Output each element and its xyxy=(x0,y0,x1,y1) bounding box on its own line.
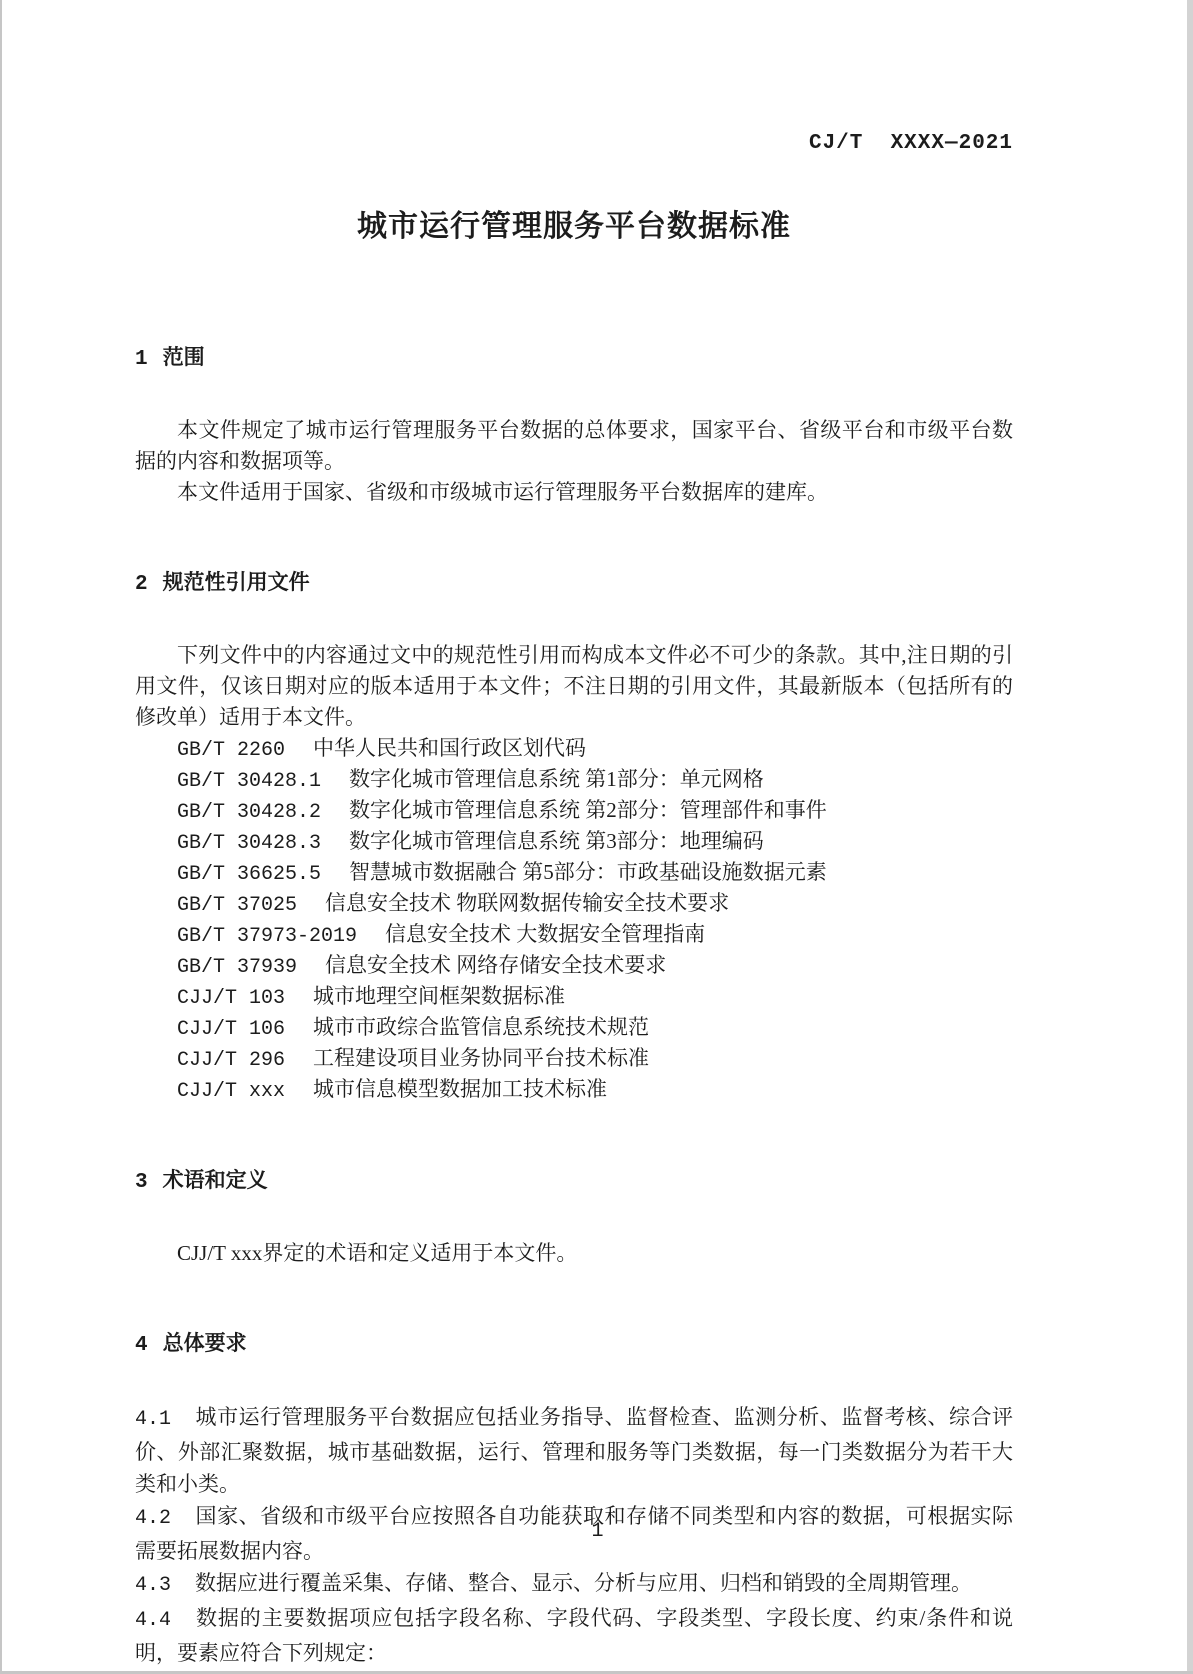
reference-name: 中华人民共和国行政区划代码 xyxy=(313,736,586,760)
section-number: 4 xyxy=(135,1334,148,1357)
reference-code: GB/T 36625.5 xyxy=(177,863,321,886)
reference-name: 城市地理空间框架数据标准 xyxy=(313,984,565,1008)
doc-number: CJ/T XXXX—2021 xyxy=(135,132,1013,155)
clause-number: 4.3 xyxy=(135,1574,171,1597)
reference-name: 工程建设项目业务协同平台技术标准 xyxy=(313,1046,649,1070)
reference-code: GB/T 37939 xyxy=(177,956,297,979)
reference-code: GB/T 30428.2 xyxy=(177,801,321,824)
section-number: 2 xyxy=(135,573,148,596)
section-label: 总体要求 xyxy=(163,1332,247,1355)
reference-code: GB/T 37973-2019 xyxy=(177,925,357,948)
clause-text: 数据应进行覆盖采集、存储、整合、显示、分析与应用、归档和销毁的全周期管理。 xyxy=(195,1571,972,1595)
reference-item: CJJ/T 103城市地理空间框架数据标准 xyxy=(135,982,1013,1013)
scope-paragraph-2: 本文件适用于国家、省级和市级城市运行管理服务平台数据库的建库。 xyxy=(135,477,1013,508)
reference-item: CJJ/T 296工程建设项目业务协同平台技术标准 xyxy=(135,1044,1013,1075)
reference-name: 数字化城市管理信息系统 第2部分：管理部件和事件 xyxy=(349,798,827,822)
reference-code: GB/T 30428.1 xyxy=(177,770,321,793)
section-number: 3 xyxy=(135,1171,148,1194)
reference-item: CJJ/T 106城市市政综合监管信息系统技术规范 xyxy=(135,1013,1013,1044)
reference-item: GB/T 37939信息安全技术 网络存储安全技术要求 xyxy=(135,951,1013,982)
reference-name: 数字化城市管理信息系统 第1部分：单元网格 xyxy=(349,767,764,791)
reference-code: GB/T 2260 xyxy=(177,739,285,762)
scope-paragraph-1: 本文件规定了城市运行管理服务平台数据的总体要求，国家平台、省级平台和市级平台数据… xyxy=(135,415,1013,477)
section-heading-general: 4总体要求 xyxy=(135,1327,1013,1357)
clause-4-4: 4.4数据的主要数据项应包括字段名称、字段代码、字段类型、字段长度、约束/条件和… xyxy=(135,1602,1013,1669)
reference-code: GB/T 30428.3 xyxy=(177,832,321,855)
reference-name: 信息安全技术 物联网数据传输安全技术要求 xyxy=(325,891,729,915)
reference-name: 信息安全技术 大数据安全管理指南 xyxy=(385,922,705,946)
section-label: 范围 xyxy=(163,346,205,369)
doc-title: 城市运行管理服务平台数据标准 xyxy=(135,201,1013,245)
clause-text: 数据的主要数据项应包括字段名称、字段代码、字段类型、字段长度、约束/条件和说明，… xyxy=(135,1606,1013,1665)
section-heading-scope: 1范围 xyxy=(135,341,1013,371)
reference-item: GB/T 30428.2数字化城市管理信息系统 第2部分：管理部件和事件 xyxy=(135,796,1013,827)
references-list: GB/T 2260中华人民共和国行政区划代码 GB/T 30428.1数字化城市… xyxy=(135,734,1013,1106)
reference-name: 城市信息模型数据加工技术标准 xyxy=(313,1077,607,1101)
reference-code: CJJ/T 296 xyxy=(177,1049,285,1072)
reference-item: GB/T 36625.5智慧城市数据融合 第5部分：市政基础设施数据元素 xyxy=(135,858,1013,889)
document-page: CJ/T XXXX—2021 城市运行管理服务平台数据标准 1范围 本文件规定了… xyxy=(0,0,1193,1674)
reference-item: GB/T 37973-2019信息安全技术 大数据安全管理指南 xyxy=(135,920,1013,951)
clause-number: 4.4 xyxy=(135,1609,171,1632)
page-right-edge xyxy=(1187,0,1193,1671)
reference-code: GB/T 37025 xyxy=(177,894,297,917)
clause-4-3: 4.3数据应进行覆盖采集、存储、整合、显示、分析与应用、归档和销毁的全周期管理。 xyxy=(135,1567,1013,1602)
normative-refs-intro: 下列文件中的内容通过文中的规范性引用而构成本文件必不可少的条款。其中,注日期的引… xyxy=(135,640,1013,733)
clause-text: 城市运行管理服务平台数据应包括业务指导、监督检查、监测分析、监督考核、综合评价、… xyxy=(135,1405,1013,1496)
reference-code: CJJ/T xxx xyxy=(177,1080,285,1103)
reference-item: GB/T 30428.3数字化城市管理信息系统 第3部分：地理编码 xyxy=(135,827,1013,858)
reference-name: 城市市政综合监管信息系统技术规范 xyxy=(313,1015,649,1039)
terms-paragraph: CJJ/T xxx界定的术语和定义适用于本文件。 xyxy=(135,1238,1013,1269)
reference-item: GB/T 37025信息安全技术 物联网数据传输安全技术要求 xyxy=(135,889,1013,920)
page-content: CJ/T XXXX—2021 城市运行管理服务平台数据标准 1范围 本文件规定了… xyxy=(2,0,1193,1669)
reference-name: 信息安全技术 网络存储安全技术要求 xyxy=(325,953,666,977)
section-heading-terms: 3术语和定义 xyxy=(135,1164,1013,1194)
reference-item: GB/T 2260中华人民共和国行政区划代码 xyxy=(135,734,1013,765)
clause-4-1: 4.1城市运行管理服务平台数据应包括业务指导、监督检查、监测分析、监督考核、综合… xyxy=(135,1401,1013,1500)
reference-name: 数字化城市管理信息系统 第3部分：地理编码 xyxy=(349,829,764,853)
section-heading-normative-refs: 2规范性引用文件 xyxy=(135,566,1013,596)
reference-code: CJJ/T 103 xyxy=(177,987,285,1010)
section-number: 1 xyxy=(135,348,148,371)
page-number: 1 xyxy=(2,1520,1193,1543)
reference-name: 智慧城市数据融合 第5部分：市政基础设施数据元素 xyxy=(349,860,827,884)
reference-item: GB/T 30428.1数字化城市管理信息系统 第1部分：单元网格 xyxy=(135,765,1013,796)
section-label: 规范性引用文件 xyxy=(163,571,310,594)
reference-item: CJJ/T xxx城市信息模型数据加工技术标准 xyxy=(135,1075,1013,1106)
section-label: 术语和定义 xyxy=(163,1169,268,1192)
clause-number: 4.1 xyxy=(135,1408,171,1431)
reference-code: CJJ/T 106 xyxy=(177,1018,285,1041)
